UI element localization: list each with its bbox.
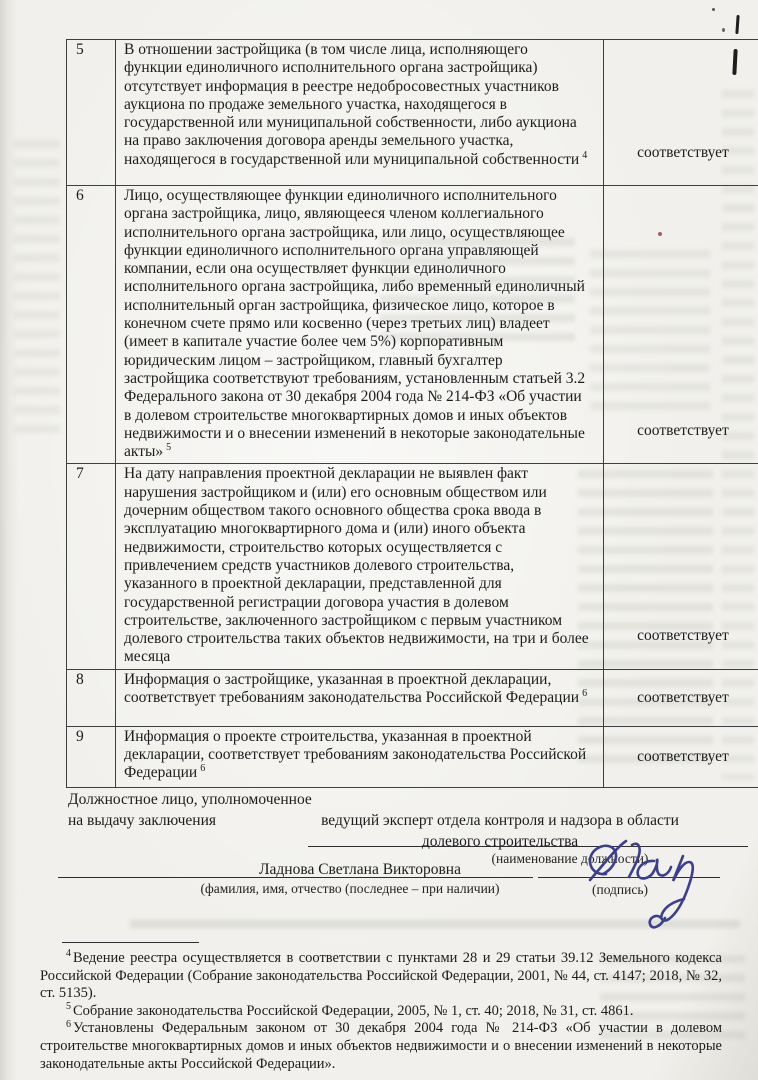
table-row: 5 В отношении застройщика (в том числе л… xyxy=(67,40,758,186)
footnote-ref: 6 xyxy=(200,763,205,774)
official-label-line2: на выдачу заключения xyxy=(68,810,216,831)
footnote-number: 4 xyxy=(66,948,71,959)
requirement-text-cell: В отношении застройщика (в том числе лиц… xyxy=(116,40,604,186)
row-number: 5 xyxy=(76,41,84,58)
footnote: 4Ведение реестра осуществляется в соотве… xyxy=(40,950,722,1003)
requirement-text-cell: На дату направления проектной декларации… xyxy=(116,464,604,669)
status-value: соответствует xyxy=(637,422,729,439)
row-number-cell: 8 xyxy=(67,669,116,726)
row-number-cell: 7 xyxy=(67,464,116,669)
footnotes: 4Ведение реестра осуществляется в соотве… xyxy=(40,950,722,1073)
footnote-number: 6 xyxy=(66,1019,71,1030)
requirement-text-cell: Лицо, осуществляющее функции единоличног… xyxy=(116,186,604,464)
ink-speck xyxy=(712,8,715,11)
name-caption: (фамилия, имя, отчество (последнее – при… xyxy=(150,881,550,897)
position-title-line1: ведущий эксперт отдела контроля и надзор… xyxy=(280,810,720,831)
status-cell: соответствует xyxy=(604,464,758,669)
footnote-ref: 4 xyxy=(582,150,587,161)
requirement-text: Информация о застройщике, указанная в пр… xyxy=(124,671,579,706)
row-number-cell: 6 xyxy=(67,186,116,464)
status-cell: соответствует xyxy=(604,186,758,464)
pen-mark-artifact xyxy=(735,15,739,34)
footnote-text: Собрание законодательства Российской Фед… xyxy=(73,1003,634,1019)
footnote-number: 5 xyxy=(66,1001,71,1012)
requirement-text-cell: Информация о проекте строительства, указ… xyxy=(116,726,604,787)
name-underline xyxy=(58,877,533,878)
handwritten-signature xyxy=(580,834,730,934)
footnote-separator xyxy=(62,942,199,943)
requirement-text: На дату направления проектной декларации… xyxy=(124,465,589,665)
status-value: соответствует xyxy=(637,689,729,706)
requirement-text: Лицо, осуществляющее функции единоличног… xyxy=(124,187,585,460)
status-cell: соответствует xyxy=(604,669,758,726)
table-row: 8 Информация о застройщике, указанная в … xyxy=(67,669,758,726)
requirement-text: Информация о проекте строительства, указ… xyxy=(124,728,586,782)
ink-speck xyxy=(722,28,725,32)
table-row: 9 Информация о проекте строительства, ук… xyxy=(67,726,758,787)
footnote: 5Собрание законодательства Российской Фе… xyxy=(40,1003,722,1021)
table-row: 7 На дату направления проектной декларац… xyxy=(67,464,758,669)
status-value: соответствует xyxy=(637,627,729,644)
scanned-document-page: 5 В отношении застройщика (в том числе л… xyxy=(0,0,758,1080)
footnote-ref: 5 xyxy=(166,442,171,453)
bleedthrough-artifact xyxy=(14,140,60,440)
row-number: 6 xyxy=(76,187,84,204)
footnote-ref: 6 xyxy=(582,688,587,699)
status-cell: соответствует xyxy=(604,40,758,186)
row-number: 9 xyxy=(76,728,84,745)
row-number: 8 xyxy=(76,671,84,688)
status-cell: соответствует xyxy=(604,726,758,787)
requirement-text: В отношении застройщика (в том числе лиц… xyxy=(124,41,579,168)
row-number-cell: 9 xyxy=(67,726,116,787)
status-value: соответствует xyxy=(637,144,729,161)
row-number: 7 xyxy=(76,465,84,482)
row-number-cell: 5 xyxy=(67,40,116,186)
requirement-text-cell: Информация о застройщике, указанная в пр… xyxy=(116,669,604,726)
official-label-line1: Должностное лицо, уполномоченное xyxy=(68,789,312,810)
compliance-table: 5 В отношении застройщика (в том числе л… xyxy=(66,39,758,788)
table-row: 6 Лицо, осуществляющее функции единоличн… xyxy=(67,186,758,464)
footnote: 6Установлены Федеральным законом от 30 д… xyxy=(40,1020,722,1073)
footnote-text: Установлены Федеральным законом от 30 де… xyxy=(40,1020,722,1071)
footnote-text: Ведение реестра осуществляется в соответ… xyxy=(40,950,722,1001)
signature-stroke xyxy=(590,841,693,927)
status-value: соответствует xyxy=(637,748,729,765)
